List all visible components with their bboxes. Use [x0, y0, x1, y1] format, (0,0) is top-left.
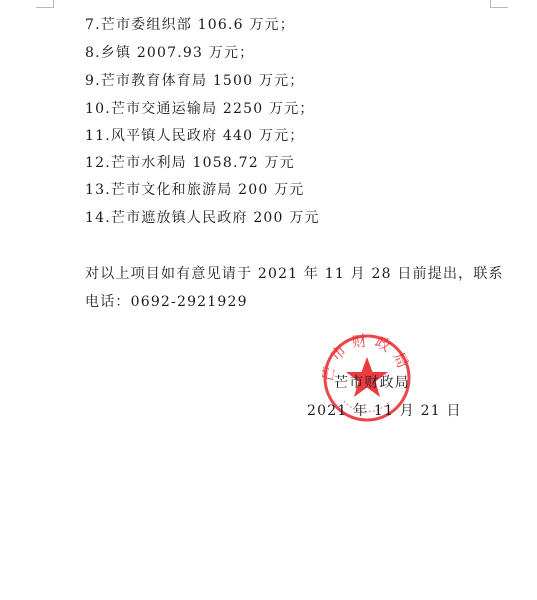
item-number: 10.	[85, 101, 111, 117]
item-number: 14.	[85, 210, 111, 226]
item-text: 芒市交通运输局 2250 万元；	[111, 101, 315, 117]
item-number: 12.	[85, 155, 111, 171]
list-item: 9.芒市教育体育局 1500 万元；	[85, 72, 305, 90]
page-corner-mark-left	[36, 0, 54, 8]
signature-date: 2021 年 11 月 21 日	[307, 402, 462, 420]
page-corner-mark-right	[490, 0, 508, 8]
item-text: 芒市水利局 1058.72 万元	[111, 155, 295, 171]
item-text: 芒市委组织部 106.6 万元；	[101, 17, 295, 33]
notice-line-2: 电话：0692-2921929	[85, 293, 248, 311]
list-item: 11.风平镇人民政府 440 万元；	[85, 127, 305, 145]
item-number: 9.	[85, 73, 101, 89]
item-text: 乡镇 2007.93 万元；	[101, 45, 255, 61]
item-number: 11.	[85, 128, 111, 144]
item-text: 芒市教育体育局 1500 万元；	[101, 73, 305, 89]
item-number: 13.	[85, 182, 111, 198]
item-text: 芒市文化和旅游局 200 万元	[111, 182, 305, 198]
signature-org: 芒市财政局	[334, 374, 410, 392]
list-item: 14.芒市遮放镇人民政府 200 万元	[85, 209, 320, 227]
item-number: 7.	[85, 17, 101, 33]
item-text: 风平镇人民政府 440 万元；	[111, 128, 305, 144]
item-text: 芒市遮放镇人民政府 200 万元	[111, 210, 320, 226]
item-number: 8.	[85, 45, 101, 61]
list-item: 13.芒市文化和旅游局 200 万元	[85, 181, 305, 199]
notice-line-1: 对以上项目如有意见请于 2021 年 11 月 28 日前提出，联系	[85, 265, 504, 283]
list-item: 10.芒市交通运输局 2250 万元；	[85, 100, 315, 118]
list-item: 12.芒市水利局 1058.72 万元	[85, 154, 295, 172]
list-item: 8.乡镇 2007.93 万元；	[85, 44, 254, 62]
list-item: 7.芒市委组织部 106.6 万元；	[85, 16, 295, 34]
